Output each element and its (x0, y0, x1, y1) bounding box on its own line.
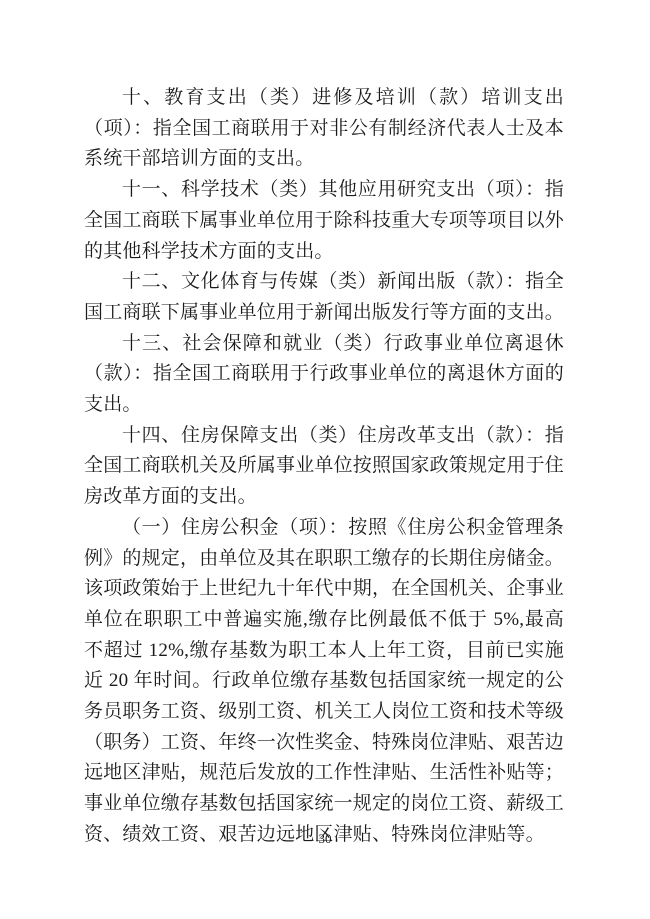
paragraph-science-technology-expenditure: 十一、科学技术（类）其他应用研究支出（项）：指全国工商联下属事业单位用于除科技重… (84, 175, 564, 267)
paragraph-housing-expenditure: 十四、住房保障支出（类）住房改革支出（款）：指全国工商联机关及所属事业单位按照国… (84, 421, 564, 513)
paragraph-education-expenditure: 十、教育支出（类）进修及培训（款）培训支出（项）：指全国工商联用于对非公有制经济… (84, 83, 564, 175)
document-page: 十、教育支出（类）进修及培训（款）培训支出（项）：指全国工商联用于对非公有制经济… (0, 0, 650, 919)
paragraph-housing-fund-detail: （一）住房公积金（项）：按照《住房公积金管理条例》的规定，由单位及其在职职工缴存… (84, 513, 564, 851)
paragraph-social-security-expenditure: 十三、社会保障和就业（类）行政事业单位离退休（款）：指全国工商联用于行政事业单位… (84, 329, 564, 421)
page-number: 30 (0, 831, 650, 847)
paragraph-culture-media-expenditure: 十二、文化体育与传媒（类）新闻出版（款）：指全国工商联下属事业单位用于新闻出版发… (84, 267, 564, 328)
document-body: 十、教育支出（类）进修及培训（款）培训支出（项）：指全国工商联用于对非公有制经济… (84, 83, 564, 851)
